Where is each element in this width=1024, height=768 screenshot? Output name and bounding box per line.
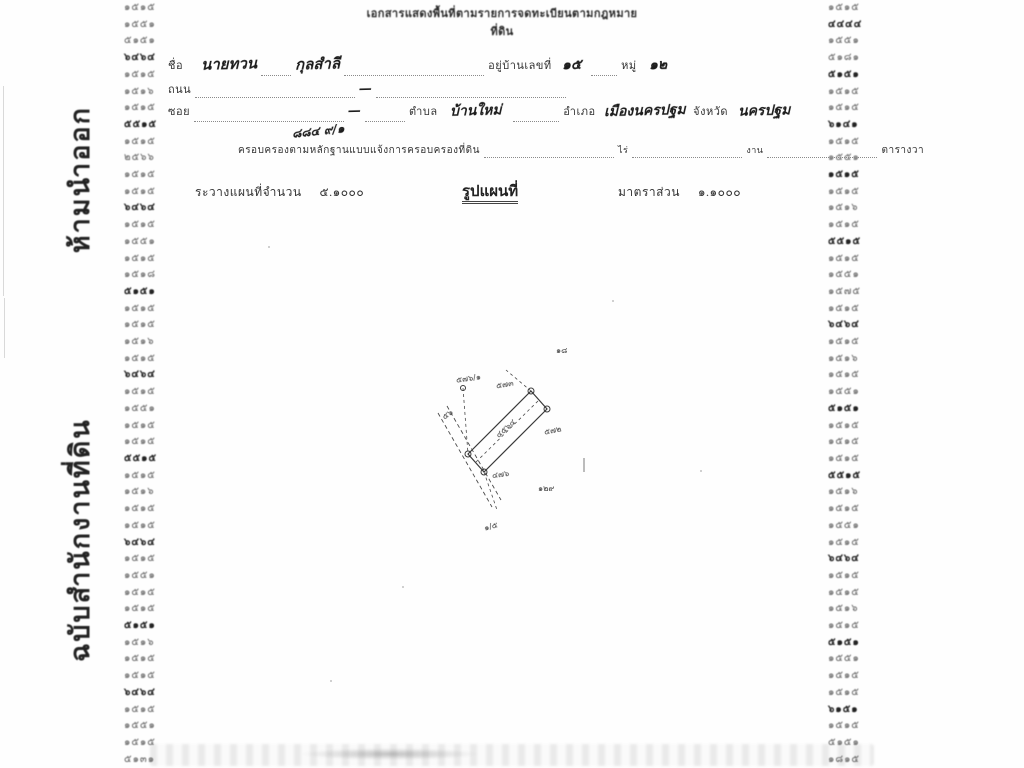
diagram-label: ๑๒๙ (538, 482, 554, 495)
margin-digit-row: ๑๕๑๕ (124, 469, 164, 483)
dotted-leader (365, 109, 405, 122)
margin-digit-row: ๑๕๑๕ (124, 1, 164, 15)
margin-digit-row: ๑๕๕๑ (828, 268, 868, 282)
house-number-value: ๑๕ (561, 54, 581, 77)
dotted-leader (632, 145, 742, 158)
form-row-location: ซอย — ตำบล บ้านใหม่ อำเภอ เมืองนครปฐม จั… (168, 100, 790, 122)
margin-digit-row: ๑๕๑๕ (828, 335, 868, 349)
margin-digit-row: ๑๕๑๖ (828, 201, 868, 215)
margin-digit-row: ๑๕๕๑ (124, 569, 164, 583)
stamp-office-text: ฉบับสำนักงานที่ดิน (58, 418, 101, 662)
diagram-label: ๔๕๖๔ (493, 416, 519, 441)
map-title: รูปแผนที่ (462, 184, 518, 204)
margin-digit-row: ๑๕๑๖ (828, 485, 868, 499)
margin-digit-row: ๑๕๑๕ (124, 101, 164, 115)
margin-digit-row: ๕๑๕๑ (828, 68, 868, 82)
margin-digit-row: ๑๕๑๕ (124, 652, 164, 666)
margin-digit-row: ๕๑๕๑ (828, 402, 868, 416)
margin-digit-row: ๑๕๑๖ (124, 636, 164, 650)
margin-digit-row: ๑๕๕๑ (828, 385, 868, 399)
margin-digit-row: ๑๕๑๕ (828, 569, 868, 583)
road-value: — (359, 82, 372, 97)
margin-digit-row: ๑๕๑๕ (828, 218, 868, 232)
margin-digit-row: ๕๑๕๑ (828, 636, 868, 650)
margin-digit-row: ๑๕๕๑ (124, 402, 164, 416)
province-label: จังหวัด (693, 106, 728, 118)
dotted-leader (344, 63, 484, 76)
margin-digit-row: ๕๕๑๕ (828, 235, 868, 249)
margin-digit-row: ๑๕๑๕ (828, 502, 868, 516)
owner-label: ชื่อ (168, 60, 183, 72)
dotted-leader (195, 85, 355, 98)
form-row-evidence: ครอบครองตามหลักฐานแบบแจ้งการครอบครองที่ด… (238, 140, 924, 158)
margin-digit-row: ๑๕๑๘ (124, 268, 164, 282)
margin-digit-row: ๑๕๕๑ (828, 34, 868, 48)
margin-digit-row: ๖๔๖๔ (124, 686, 164, 700)
margin-digit-row: ๑๕๑๕ (828, 719, 868, 733)
owner-last-name-value: กุลสำลี (295, 51, 341, 76)
page-title: เอกสารแสดงพื้นที่ตามรายการจดทะเบียนตามกฎ… (362, 4, 642, 40)
address-label: อยู่บ้านเลขที่ (488, 60, 552, 72)
margin-digit-row: ๑๕๑๕ (124, 419, 164, 433)
margin-digit-row: ๕๕๑๕ (124, 452, 164, 466)
bottom-scan-smear (300, 748, 480, 760)
dotted-leader (261, 63, 291, 76)
margin-digit-row: ๑๕๕๑ (124, 719, 164, 733)
margin-digit-row: ๕๑๕๑ (124, 619, 164, 633)
form-row-road: ถนน — (168, 80, 566, 98)
scale-label: มาตราส่วน (618, 185, 680, 199)
scale-wrap: มาตราส่วน ๑.๑๐๐๐ (618, 183, 741, 202)
margin-digit-row: ๑๕๑๕ (828, 302, 868, 316)
margin-digit-row: ๑๕๑๕ (828, 168, 868, 182)
stamp-warning-text: ห้ามนำออก (58, 106, 101, 253)
margin-digit-row: ๑๕๑๕ (124, 252, 164, 266)
hand-note: ๘๘๔ ๙/๑ (292, 122, 345, 141)
margin-digit-row: ๑๕๑๕ (828, 101, 868, 115)
margin-digit-row: ๑๕๑๖ (124, 335, 164, 349)
left-margin-digits: ๑๕๑๕๑๕๕๑๕๑๕๑๖๔๖๔๑๕๑๕๑๕๑๖๑๕๑๕๕๕๑๕๑๕๑๕๒๕๖๖… (124, 0, 164, 768)
margin-digit-row: ๖๔๖๔ (124, 536, 164, 550)
scan-edge-line (3, 86, 4, 296)
dotted-leader (484, 145, 614, 158)
margin-digit-row: ๑๕๑๕ (828, 619, 868, 633)
province-value: นครปฐม (738, 99, 791, 122)
margin-digit-row: ๖๔๖๔ (828, 318, 868, 332)
margin-digit-row: ๑๕๑๕ (124, 669, 164, 683)
margin-digit-row: ๑๕๑๕ (124, 185, 164, 199)
dotted-leader (376, 85, 566, 98)
margin-digit-row: ๑๕๑๕ (124, 502, 164, 516)
dotted-leader (591, 63, 617, 76)
margin-digit-row: ๑๕๑๕ (124, 352, 164, 366)
margin-digit-row: ๖๔๖๔ (828, 552, 868, 566)
margin-digit-row: ๑๕๑๕ (124, 135, 164, 149)
amphoe-label: อำเภอ (563, 106, 595, 118)
margin-digit-row: ๖๔๖๔ (124, 51, 164, 65)
margin-digit-row: ๑๕๑๕ (124, 703, 164, 717)
evidence-label: ครอบครองตามหลักฐานแบบแจ้งการครอบครองที่ด… (238, 145, 480, 156)
scan-speck (612, 300, 614, 302)
sheet-label: ระวางแผนที่จำนวน (195, 185, 302, 199)
map-title-wrap: รูปแผนที่ (462, 179, 518, 203)
survey-plot-diagram: ๑๘๕๗๖/๑๕๗๓๕๖๕๗๒๔๕๖๔๔๗๖๑๒๙๑/๕ (420, 330, 660, 545)
diagram-label: ๕๖ (439, 406, 456, 423)
moo-number-value: ๑๒ (648, 54, 667, 76)
moo-label: หมู่ (621, 60, 637, 72)
margin-digit-row: ๑๕๑๕ (124, 68, 164, 82)
margin-digit-row: ๕๕๑๕ (828, 469, 868, 483)
diagram-label: ๑/๕ (483, 518, 500, 534)
margin-digit-row: ๑๕๑๕ (124, 519, 164, 533)
scan-speck (268, 246, 270, 248)
margin-digit-row: ๖๑๔๑ (828, 118, 868, 132)
margin-digit-row: ๑๕๕๑ (124, 18, 164, 32)
margin-digit-row: ๑๕๑๕ (124, 385, 164, 399)
margin-digit-row: ๑๕๑๕ (828, 252, 868, 266)
margin-digit-row: ๑๕๑๕ (124, 602, 164, 616)
margin-digit-row: ๑๕๗๕ (828, 285, 868, 299)
margin-digit-row: ๑๕๑๕ (828, 185, 868, 199)
margin-digit-row: ๑๕๑๕ (124, 435, 164, 449)
margin-digit-row: ๑๕๑๕ (124, 218, 164, 232)
margin-digit-row: ๕๑๕๑ (124, 285, 164, 299)
margin-digit-row: ๑๕๑๕ (828, 669, 868, 683)
margin-digit-row: ๖๑๕๑ (828, 703, 868, 717)
form-row-map-header: ระวางแผนที่จำนวน ๕.๑๐๐๐ (195, 183, 364, 202)
margin-digit-row: ๖๔๖๔ (124, 368, 164, 382)
right-margin-digits: ๑๕๑๕๔๔๔๔๑๕๕๑๕๑๘๑๕๑๕๑๑๕๑๕๑๕๑๕๖๑๔๑๑๕๑๕๑๕๕๑… (828, 0, 868, 768)
margin-digit-row: ๕๑๕๑ (124, 34, 164, 48)
margin-digit-row: ๑๕๕๑ (828, 519, 868, 533)
margin-digit-row: ๒๕๖๖ (124, 151, 164, 165)
office-copy-stamp: ฉบับสำนักงานที่ดิน ห้ามนำออก (58, 106, 101, 662)
margin-digit-row: ๑๕๑๕ (124, 552, 164, 566)
margin-digit-row: ๕๑๘๑ (828, 51, 868, 65)
amphoe-value: เมืองนครปฐม (603, 99, 685, 123)
margin-digit-row: ๑๕๑๕ (828, 368, 868, 382)
margin-digit-row: ๕๕๑๕ (124, 118, 164, 132)
tambon-label: ตำบล (409, 106, 438, 118)
form-row-owner: ชื่อ นายทวน กุลสำลี อยู่บ้านเลขที่ ๑๕ หม… (168, 52, 667, 76)
margin-digit-row: ๑๕๕๑ (828, 652, 868, 666)
unit-wa-label: ตารางวา (881, 145, 924, 156)
margin-digit-row: ๑๕๑๕ (828, 452, 868, 466)
margin-digit-row: ๑๕๕๑ (124, 235, 164, 249)
margin-digit-row: ๑๕๑๕ (828, 1, 868, 15)
margin-digit-row: ๑๕๑๕ (828, 419, 868, 433)
diagram-label: ๕๗๒ (543, 422, 563, 438)
diagram-label: ๕๗๖/๑ (455, 370, 481, 386)
dotted-leader (767, 145, 877, 158)
owner-first-name-value: นายทวน (201, 51, 258, 76)
margin-digit-row: ๔๔๔๔ (828, 18, 868, 32)
diagram-label: ๔๗๖ (491, 467, 510, 482)
scale-value: ๑.๑๐๐๐ (698, 185, 741, 199)
margin-digit-row: ๑๕๑๕ (828, 686, 868, 700)
margin-digit-row: ๑๕๑๕ (124, 586, 164, 600)
scanned-land-document-page: ๑๕๑๕๑๕๕๑๕๑๕๑๖๔๖๔๑๕๑๕๑๕๑๖๑๕๑๕๕๕๑๕๑๕๑๕๒๕๖๖… (0, 0, 1024, 768)
soi-value: — (348, 104, 361, 119)
scan-speck (700, 470, 702, 472)
margin-digit-row: ๑๕๑๕ (124, 168, 164, 182)
diagram-label: ๑๘ (556, 344, 567, 357)
margin-digit-row: ๖๔๖๔ (124, 201, 164, 215)
bottom-scan-smudge (150, 744, 874, 766)
scan-speck (330, 680, 332, 682)
tambon-value: บ้านใหม่ (449, 99, 501, 122)
soi-label: ซอย (168, 106, 190, 118)
margin-digit-row: ๑๕๑๕ (124, 318, 164, 332)
margin-digit-row: ๑๕๑๕ (828, 536, 868, 550)
scan-edge-line (4, 298, 5, 358)
diagram-label: ๕๗๓ (495, 377, 515, 393)
road-label: ถนน (168, 84, 191, 96)
scan-speck (402, 586, 404, 588)
margin-digit-row: ๑๕๑๖ (124, 85, 164, 99)
diagram-label-layer: ๑๘๕๗๖/๑๕๗๓๕๖๕๗๒๔๕๖๔๔๗๖๑๒๙๑/๕ (420, 330, 660, 545)
margin-digit-row: ๑๕๑๖ (124, 485, 164, 499)
margin-digit-row: ๑๕๑๕ (124, 302, 164, 316)
margin-digit-row: ๑๕๑๕ (828, 435, 868, 449)
sheet-value: ๕.๑๐๐๐ (320, 185, 365, 199)
margin-digit-row: ๑๕๑๖ (828, 602, 868, 616)
unit-ngan-label: งาน (746, 145, 763, 155)
margin-digit-row: ๑๕๑๕ (828, 586, 868, 600)
dotted-leader (513, 109, 559, 122)
margin-digit-row: ๑๕๑๖ (828, 352, 868, 366)
dotted-leader (194, 109, 344, 122)
unit-rai-label: ไร่ (618, 145, 628, 155)
margin-digit-row: ๑๕๑๕ (828, 85, 868, 99)
